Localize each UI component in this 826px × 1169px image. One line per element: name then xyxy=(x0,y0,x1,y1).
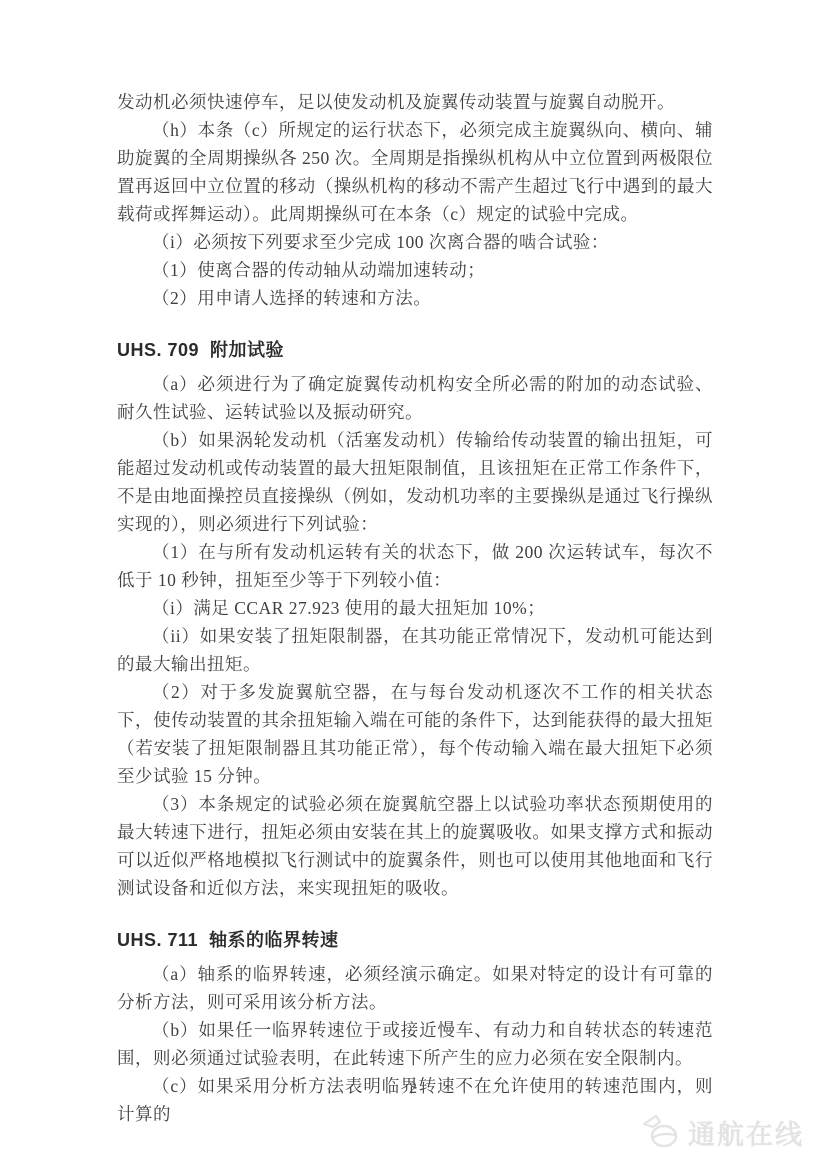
document-body: 发动机必须快速停车，足以使发动机及旋翼传动装置与旋翼自动脱开。 （h）本条（c）… xyxy=(117,88,713,1128)
bird-helicopter-logo-icon xyxy=(640,1112,682,1152)
paragraph-i-1: （1）使离合器的传动轴从动端加速转动； xyxy=(117,256,713,284)
paragraph-709-b-1: （1）在与所有发动机运转有关的状态下，做 200 次运转试车，每次不低于 10 … xyxy=(117,538,713,594)
paragraph-709-b-1-ii: （ii）如果安装了扭矩限制器，在其功能正常情况下，发动机可能达到的最大输出扭矩。 xyxy=(117,622,713,678)
paragraph-709-b-1-i: （i）满足 CCAR 27.923 使用的最大扭矩加 10%； xyxy=(117,594,713,622)
paragraph-711-a: （a）轴系的临界转速，必须经演示确定。如果对特定的设计有可靠的分析方法，则可采用… xyxy=(117,960,713,1016)
watermark: 通航在线 xyxy=(640,1112,804,1152)
paragraph-709-b-2: （2）对于多发旋翼航空器，在与每台发动机逐次不工作的相关状态下，使传动装置的其余… xyxy=(117,678,713,790)
document-page: 发动机必须快速停车，足以使发动机及旋翼传动装置与旋翼自动脱开。 （h）本条（c）… xyxy=(0,0,826,1169)
paragraph: 发动机必须快速停车，足以使发动机及旋翼传动装置与旋翼自动脱开。 xyxy=(117,88,713,116)
page-number: 2 xyxy=(0,1080,826,1098)
paragraph-709-a: （a）必须进行为了确定旋翼传动机构安全所必需的附加的动态试验、耐久性试验、运转试… xyxy=(117,370,713,426)
paragraph-i-2: （2）用申请人选择的转速和方法。 xyxy=(117,284,713,312)
watermark-text: 通航在线 xyxy=(688,1113,804,1152)
paragraph-i: （i）必须按下列要求至少完成 100 次离合器的啮合试验： xyxy=(117,228,713,256)
paragraph-709-b: （b）如果涡轮发动机（活塞发动机）传输给传动装置的输出扭矩，可能超过发动机或传动… xyxy=(117,426,713,538)
section-heading-uhs-709: UHS. 709 附加试验 xyxy=(117,336,713,364)
paragraph-h: （h）本条（c）所规定的运行状态下，必须完成主旋翼纵向、横向、辅助旋翼的全周期操… xyxy=(117,116,713,228)
paragraph-709-b-3: （3）本条规定的试验必须在旋翼航空器上以试验功率状态预期使用的最大转速下进行，扭… xyxy=(117,790,713,902)
paragraph-711-b: （b）如果任一临界转速位于或接近慢车、有动力和自转状态的转速范围，则必须通过试验… xyxy=(117,1016,713,1072)
section-heading-uhs-711: UHS. 711 轴系的临界转速 xyxy=(117,926,713,954)
